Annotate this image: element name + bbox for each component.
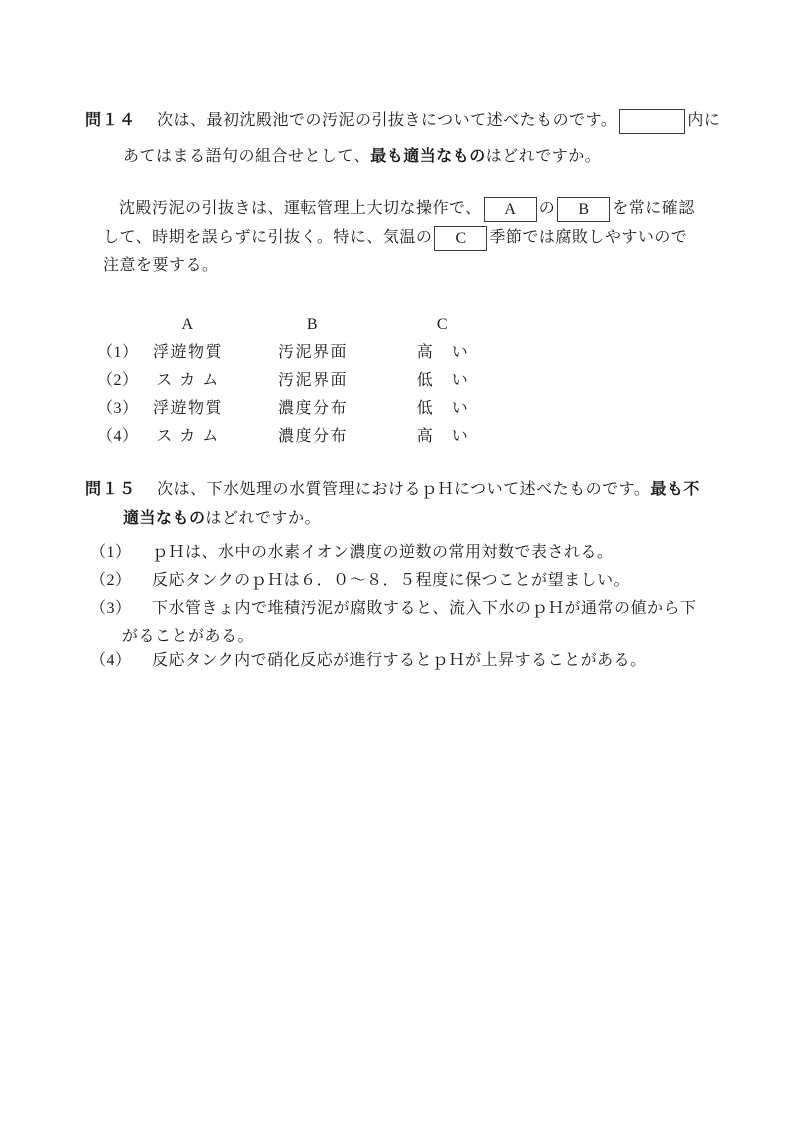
q14-blank-suffix: 内に bbox=[687, 112, 720, 129]
q14-blank-box-b: B bbox=[557, 197, 610, 222]
option-text: 反応タンク内で硝化反応が進行するとｐＨが上昇することがある。 bbox=[152, 652, 647, 669]
q15-title-line2: 適当なものはどれですか。 bbox=[123, 506, 321, 532]
option-number: （3） bbox=[90, 596, 152, 622]
q15-label: 問１５ bbox=[85, 477, 157, 503]
choice-a-value: 浮遊物質 bbox=[146, 340, 230, 366]
q14-answer-blank-box bbox=[619, 109, 685, 134]
option-number: （4） bbox=[90, 648, 152, 674]
exam-page: 問１４次は、最初沈殿池での汚泥の引抜きについて述べたものです。内に あてはまる語… bbox=[0, 0, 800, 1132]
q14-choice-row-1: （1） 浮遊物質 汚泥界面 高 い bbox=[0, 340, 800, 366]
option-number: （1） bbox=[90, 540, 152, 566]
q14-passage-l2-pre: して、時期を誤らずに引抜く。特に、気温の bbox=[103, 229, 432, 246]
q14-choice-row-3: （3） 浮遊物質 濃度分布 低 い bbox=[0, 396, 800, 422]
choice-b-value: 汚泥界面 bbox=[271, 340, 355, 366]
choice-b-value: 濃度分布 bbox=[271, 424, 355, 450]
q15-title-line1: 問１５次は、下水処理の水質管理におけるｐＨについて述べたものです。最も不 bbox=[85, 477, 700, 503]
q14-passage-l1-pre: 沈殿汚泥の引抜きは、運転管理上大切な操作で、 bbox=[119, 200, 482, 217]
choice-number: （4） bbox=[97, 424, 139, 450]
q14-passage-line1: 沈殿汚泥の引抜きは、運転管理上大切な操作で、AのBを常に確認 bbox=[119, 196, 695, 222]
choice-a-value: ス カ ム bbox=[146, 368, 230, 394]
choice-c-value: 低 い bbox=[401, 368, 485, 394]
q14-passage-line3: 注意を要する。 bbox=[103, 253, 219, 279]
q14-choice-row-2: （2） ス カ ム 汚泥界面 低 い bbox=[0, 368, 800, 394]
q14-passage-l1-post: を常に確認 bbox=[612, 200, 695, 217]
q14-blank-box-a: A bbox=[484, 197, 537, 222]
choice-a-value: ス カ ム bbox=[146, 424, 230, 450]
q14-col-header-b: B bbox=[271, 312, 355, 338]
q14-intro-text: 次は、最初沈殿池での汚泥の引抜きについて述べたものです。 bbox=[157, 112, 617, 129]
choice-b-value: 濃度分布 bbox=[271, 396, 355, 422]
q15-option-3-line2: がることがある。 bbox=[122, 624, 254, 650]
option-text: ｐＨは、水中の水素イオン濃度の逆数の常用対数で表される。 bbox=[152, 544, 614, 561]
q15-intro-emphasis: 最も不 bbox=[650, 481, 700, 498]
choice-number: （3） bbox=[97, 396, 139, 422]
q14-title-line2: あてはまる語句の組合せとして、最も適当なものはどれですか。 bbox=[123, 144, 601, 170]
q14-blank-box-c: C bbox=[434, 226, 487, 251]
q14-passage-l2-post: 季節では腐敗しやすいので bbox=[489, 229, 687, 246]
q14-line2-post: はどれですか。 bbox=[486, 148, 602, 165]
choice-c-value: 低 い bbox=[401, 396, 485, 422]
q14-col-header-c: C bbox=[401, 312, 485, 338]
q15-option-3-line1: （3）下水管きょ内で堆積汚泥が腐敗すると、流入下水のｐＨが通常の値から下 bbox=[90, 596, 697, 622]
q14-line2-emphasis: 最も適当なもの bbox=[370, 148, 486, 165]
choice-c-value: 高 い bbox=[401, 340, 485, 366]
choice-b-value: 汚泥界面 bbox=[271, 368, 355, 394]
option-number: （2） bbox=[90, 568, 152, 594]
choice-c-value: 高 い bbox=[401, 424, 485, 450]
q14-label: 問１４ bbox=[85, 108, 157, 134]
option-text: 反応タンクのｐＨは６．０～８．５程度に保つことが望ましい。 bbox=[152, 572, 630, 589]
choice-number: （1） bbox=[97, 340, 139, 366]
option-text: 下水管きょ内で堆積汚泥が腐敗すると、流入下水のｐＨが通常の値から下 bbox=[152, 600, 697, 617]
q15-intro-text: 次は、下水処理の水質管理におけるｐＨについて述べたものです。 bbox=[157, 481, 650, 498]
choice-number: （2） bbox=[97, 368, 139, 394]
q14-passage-l1-mid: の bbox=[539, 200, 556, 217]
q15-line2-emphasis: 適当なもの bbox=[123, 510, 206, 527]
choice-a-value: 浮遊物質 bbox=[146, 396, 230, 422]
q14-choices-header-row: A B C bbox=[0, 312, 800, 338]
q15-option-4: （4）反応タンク内で硝化反応が進行するとｐＨが上昇することがある。 bbox=[90, 648, 647, 674]
q15-option-1: （1）ｐＨは、水中の水素イオン濃度の逆数の常用対数で表される。 bbox=[90, 540, 614, 566]
q14-passage-line2: して、時期を誤らずに引抜く。特に、気温のC季節では腐敗しやすいので bbox=[103, 225, 687, 251]
q15-option-2: （2）反応タンクのｐＨは６．０～８．５程度に保つことが望ましい。 bbox=[90, 568, 630, 594]
q14-title-line1: 問１４次は、最初沈殿池での汚泥の引抜きについて述べたものです。内に bbox=[85, 108, 720, 134]
q14-choice-row-4: （4） ス カ ム 濃度分布 高 い bbox=[0, 424, 800, 450]
q14-col-header-a: A bbox=[146, 312, 230, 338]
q15-line2-post: はどれですか。 bbox=[206, 510, 322, 527]
q14-line2-pre: あてはまる語句の組合せとして、 bbox=[123, 148, 370, 165]
